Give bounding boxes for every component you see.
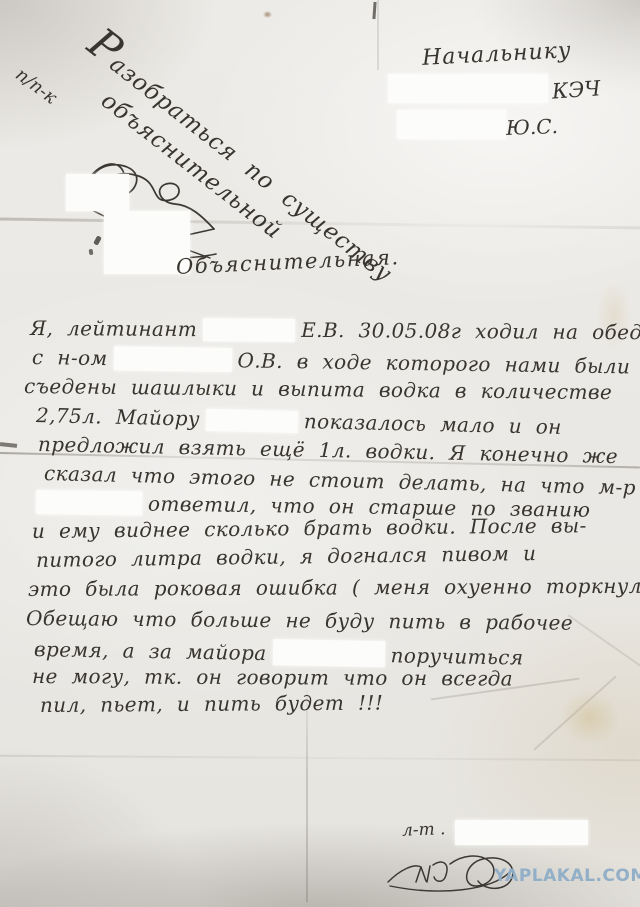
vertical-crease-top — [377, 0, 379, 70]
addressee-title: Начальнику — [421, 38, 572, 71]
letter-body: Я, лейтинантЕ.В. 30.05.08г ходил на обед… — [24, 316, 630, 722]
watermark: YAPLAKAL.COM — [494, 866, 640, 886]
addressee-org: КЭЧ — [551, 76, 601, 103]
redaction-box — [36, 490, 142, 515]
letter-line: Я, лейтинантЕ.В. 30.05.08г ходил на обед — [30, 316, 630, 349]
redaction-box — [397, 110, 506, 139]
letter-line: это была роковая ошибка ( меня охуенно т… — [28, 574, 630, 606]
fold-crease-edge-mark — [0, 442, 17, 448]
footer-rank: л-т . — [402, 819, 446, 841]
addressee-initials: Ю.С. — [506, 114, 559, 140]
redaction-box — [203, 318, 295, 342]
paper-stain — [263, 11, 272, 18]
redaction-box — [272, 639, 384, 667]
fold-crease-bottom — [0, 755, 640, 761]
scanned-letter-photo: Разобраться по существу объяснительной п… — [0, 0, 640, 907]
letter-line: пил, пьет, и пить будет !!! — [40, 689, 630, 722]
vertical-crease-mark — [372, 2, 376, 19]
redaction-box — [113, 346, 231, 372]
redaction-box — [66, 174, 129, 211]
redaction-box — [206, 409, 298, 433]
redaction-box — [388, 74, 548, 103]
letter-line: Обещаю что больше не буду пить в рабочее — [26, 606, 630, 640]
resolution-rank: п/п-к — [11, 64, 60, 109]
